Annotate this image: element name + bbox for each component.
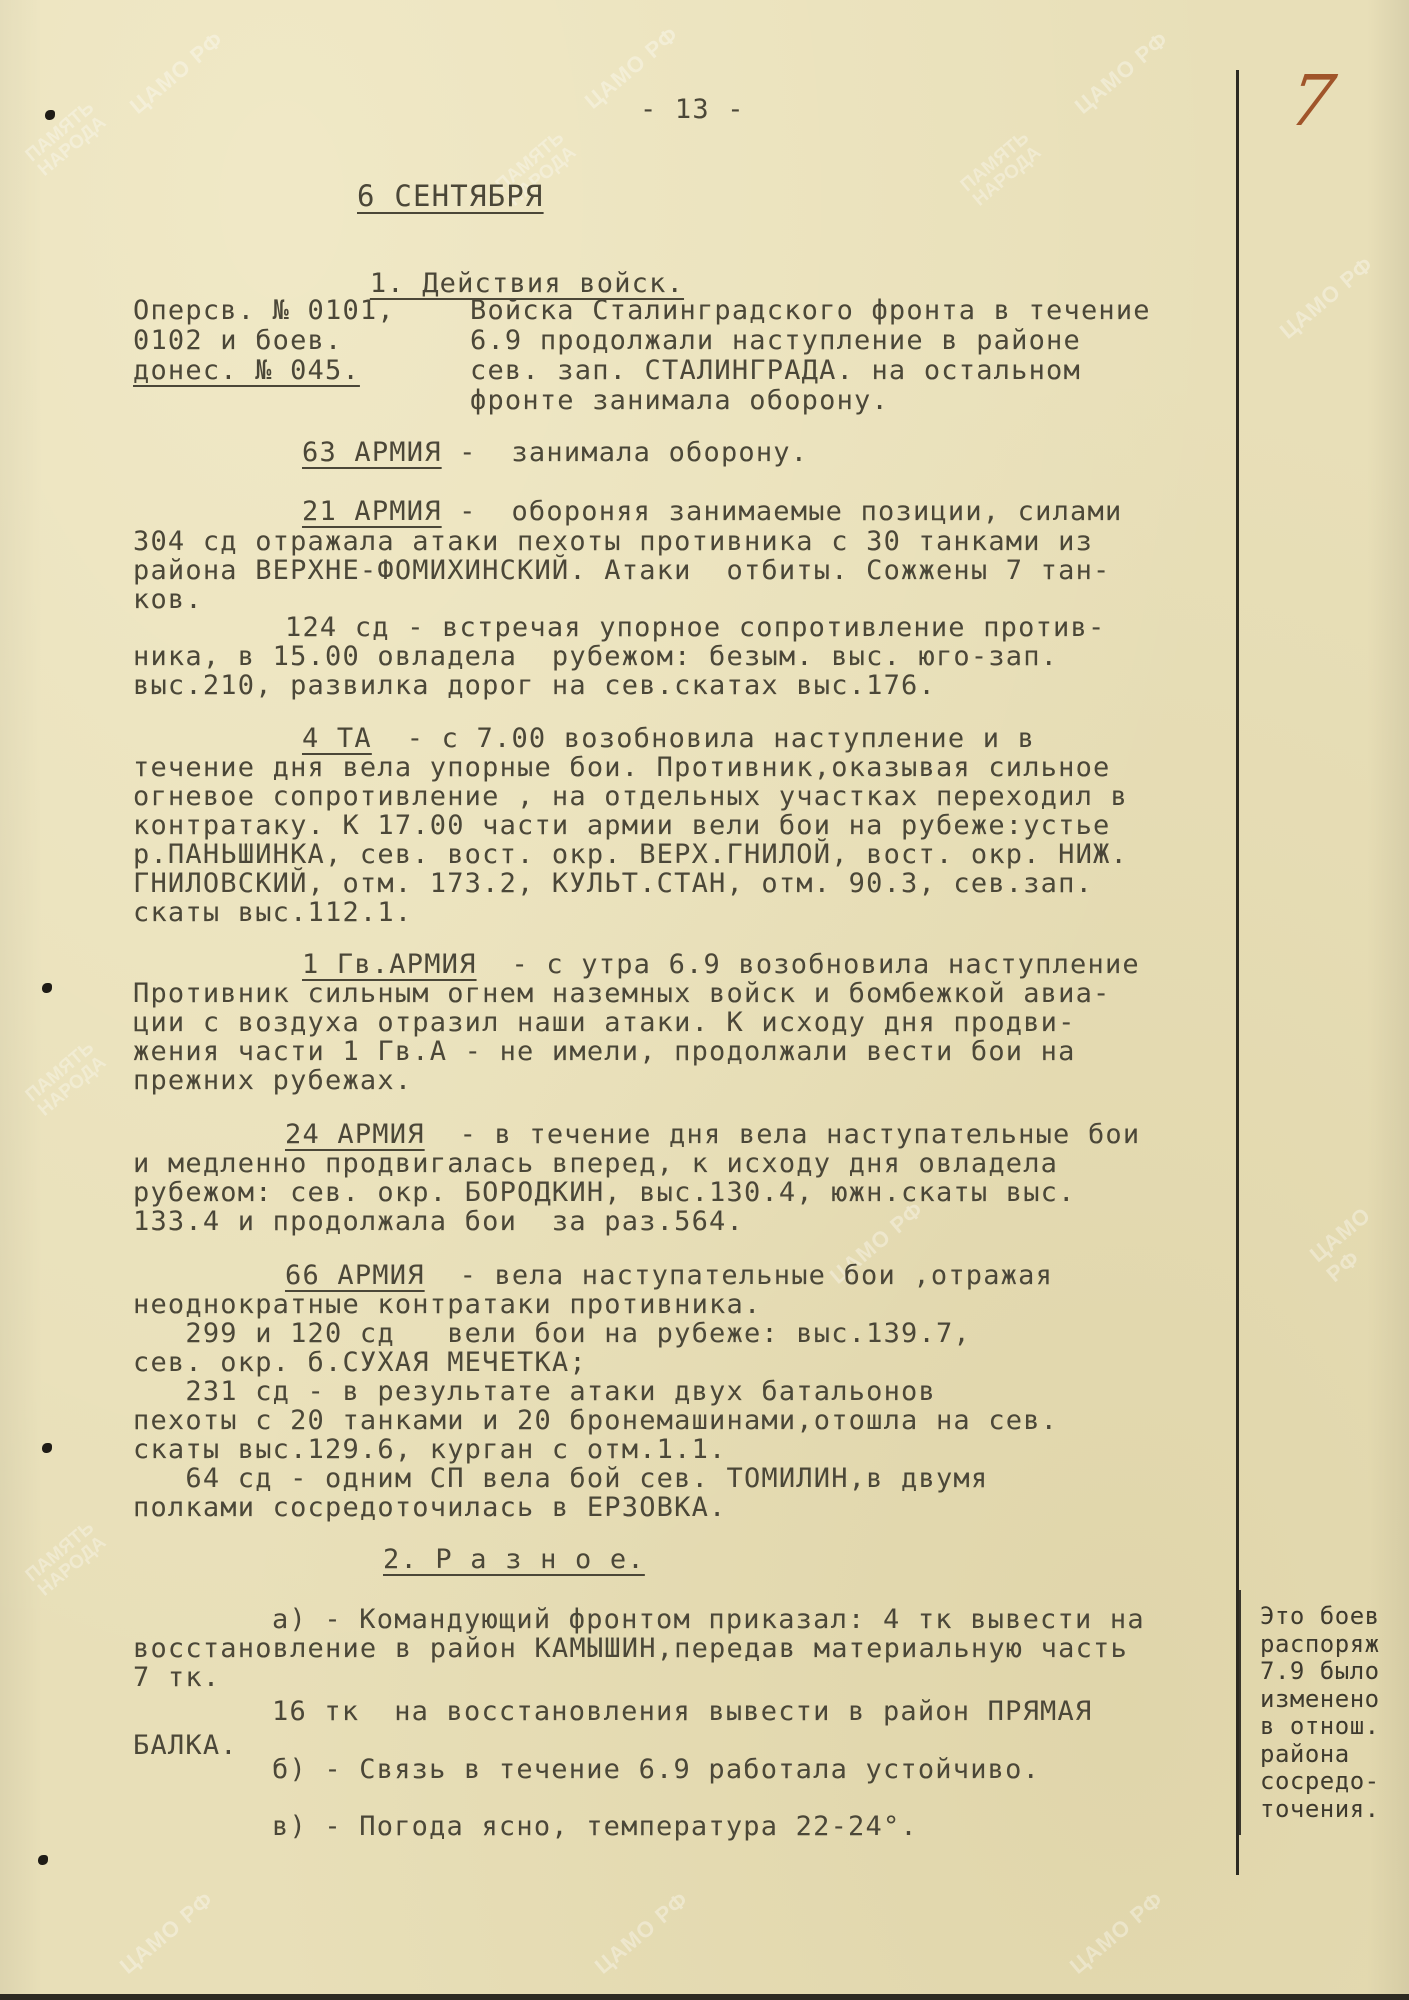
army-66-paragraph: 66 АРМИЯ - вела наступательные бои ,отра…	[285, 1261, 1053, 1290]
tank-army-4-line: огневое сопротивление , на отдельных уча…	[133, 782, 1128, 811]
tank-army-4-line: течение дня вела упорные бои. Противник,…	[133, 753, 1111, 782]
tank-army-4-line: контратаку. К 17.00 части армии вели бои…	[133, 811, 1111, 840]
watermark-camo: ЦАМО РФ	[590, 1887, 694, 1980]
page-number: - 13 -	[640, 95, 745, 124]
tank-army-4-line: р.ПАНЬШИНКА, сев. вост. окр. ВЕРХ.ГНИЛОЙ…	[133, 840, 1128, 869]
army-24-paragraph: 24 АРМИЯ - в течение дня вела наступател…	[285, 1120, 1140, 1149]
army-24-line: 133.4 и продолжала бои за раз.564.	[133, 1207, 744, 1236]
army-21-line: ков.	[133, 585, 203, 614]
guards-army-1-line: Противник сильным огнем наземных войск и…	[133, 979, 1111, 1008]
misc-a-line: а) - Командующий фронтом приказал: 4 тк …	[272, 1605, 1145, 1634]
div-124-line: выс.210, развилка дорог на сев.скатах вы…	[133, 671, 936, 700]
div-124-line: 124 сд - встречая упорное сопротивление …	[285, 613, 1105, 642]
army-66-line: 299 и 120 сд вели бои на рубеже: выс.139…	[133, 1319, 971, 1348]
intro-line: 6.9 продолжали наступление в районе	[470, 326, 1081, 355]
margin-note-rule	[1239, 1590, 1241, 1835]
watermark-camo: ЦАМО РФ	[1065, 1887, 1169, 1980]
army-66-line: неоднократные контратаки противника.	[133, 1290, 761, 1319]
army-66-line: 231 сд - в результате атаки двух батальо…	[133, 1377, 936, 1406]
punch-hole	[42, 1443, 52, 1453]
tank-army-4-line: скаты выс.112.1.	[133, 898, 412, 927]
date-heading: 6 СЕНТЯБРЯ	[357, 182, 544, 211]
army-66-line: скаты выс.129.6, курган с отм.1.1.	[133, 1435, 726, 1464]
watermark-pamyat: ПАМЯТЬНАРОДА	[22, 98, 109, 180]
intro-line: фронте занимала оборону.	[470, 386, 889, 415]
guards-army-1-line: жения части 1 Гв.А - не имели, продолжал…	[133, 1037, 1076, 1066]
source-ref-line-3: донес. № 045.	[133, 356, 360, 385]
tank-army-4-line: ГНИЛОВСКИЙ, отм. 173.2, КУЛЬТ.СТАН, отм.…	[133, 869, 1093, 898]
margin-note: Это боев распоряж 7.9 было изменено в от…	[1260, 1603, 1380, 1823]
punch-hole	[42, 983, 52, 993]
army-63-paragraph: 63 АРМИЯ - занимала оборону.	[302, 438, 808, 467]
army-66-line: пехоты с 20 танками и 20 бронемашинами,о…	[133, 1406, 1058, 1435]
army-66-line: сев. окр. б.СУХАЯ МЕЧЕТКА;	[133, 1348, 587, 1377]
watermark-pamyat: ПАМЯТЬНАРОДА	[22, 1038, 109, 1120]
misc-b-line: б) - Связь в течение 6.9 работала устойч…	[272, 1755, 1040, 1784]
misc-16tk-line: БАЛКА.	[133, 1731, 238, 1760]
army-21-line: 304 сд отражала атаки пехоты противника …	[133, 527, 1093, 556]
guards-army-1-line: ции с воздуха отразил наши атаки. К исхо…	[133, 1008, 1076, 1037]
section-2-title: 2. Р а з н о е.	[383, 1545, 645, 1574]
watermark-camo: ЦАМО РФ	[1305, 1184, 1409, 1287]
archive-sheet-number: 7	[1284, 60, 1340, 142]
watermark-camo: ЦАМО РФ	[1070, 27, 1174, 120]
intro-line: сев. зап. СТАЛИНГРАДА. на остальном	[470, 356, 1081, 385]
watermark-camo: ЦАМО РФ	[1275, 252, 1379, 345]
army-21-paragraph: 21 АРМИЯ - обороняя занимаемые позиции, …	[302, 497, 1122, 526]
punch-hole	[38, 1855, 48, 1865]
army-66-line: 64 сд - одним СП вела бой сев. ТОМИЛИН,в…	[133, 1464, 988, 1493]
watermark-camo: ЦАМО РФ	[125, 27, 229, 120]
misc-v-line: в) - Погода ясно, температура 22-24°.	[272, 1812, 918, 1841]
source-ref-line-2: 0102 и боев.	[133, 326, 342, 355]
watermark-pamyat: ПАМЯТЬНАРОДА	[957, 128, 1044, 210]
army-21-line: района ВЕРХНЕ-ФОМИХИНСКИЙ. Атаки отбиты.…	[133, 556, 1111, 585]
army-24-line: рубежом: сев. окр. БОРОДКИН, выс.130.4, …	[133, 1178, 1076, 1207]
source-ref-line-1: Оперсв. № 0101,	[133, 296, 395, 325]
watermark-camo: ЦАМО РФ	[115, 1887, 219, 1980]
guards-army-1-line: прежних рубежах.	[133, 1066, 412, 1095]
div-124-line: ника, в 15.00 овладела рубежом: безым. в…	[133, 642, 1058, 671]
army-24-line: и медленно продвигалась вперед, к исходу…	[133, 1149, 1058, 1178]
misc-a-line: восстановление в район КАМЫШИН,передав м…	[133, 1634, 1128, 1663]
paper-bottom-edge	[0, 1994, 1409, 2000]
army-66-line: полками сосредоточилась в ЕРЗОВКА.	[133, 1493, 726, 1522]
misc-a-line: 7 тк.	[133, 1663, 220, 1692]
punch-hole	[45, 110, 55, 120]
misc-16tk-line: 16 тк на восстановления вывести в район …	[272, 1697, 1092, 1726]
guards-army-1-paragraph: 1 Гв.АРМИЯ - с утра 6.9 возобновила наст…	[302, 950, 1140, 979]
intro-line: Войска Сталинградского фронта в течение	[470, 296, 1151, 325]
watermark-pamyat: ПАМЯТЬНАРОДА	[22, 1518, 109, 1600]
tank-army-4-paragraph: 4 ТА - с 7.00 возобновила наступление и …	[302, 724, 1035, 753]
